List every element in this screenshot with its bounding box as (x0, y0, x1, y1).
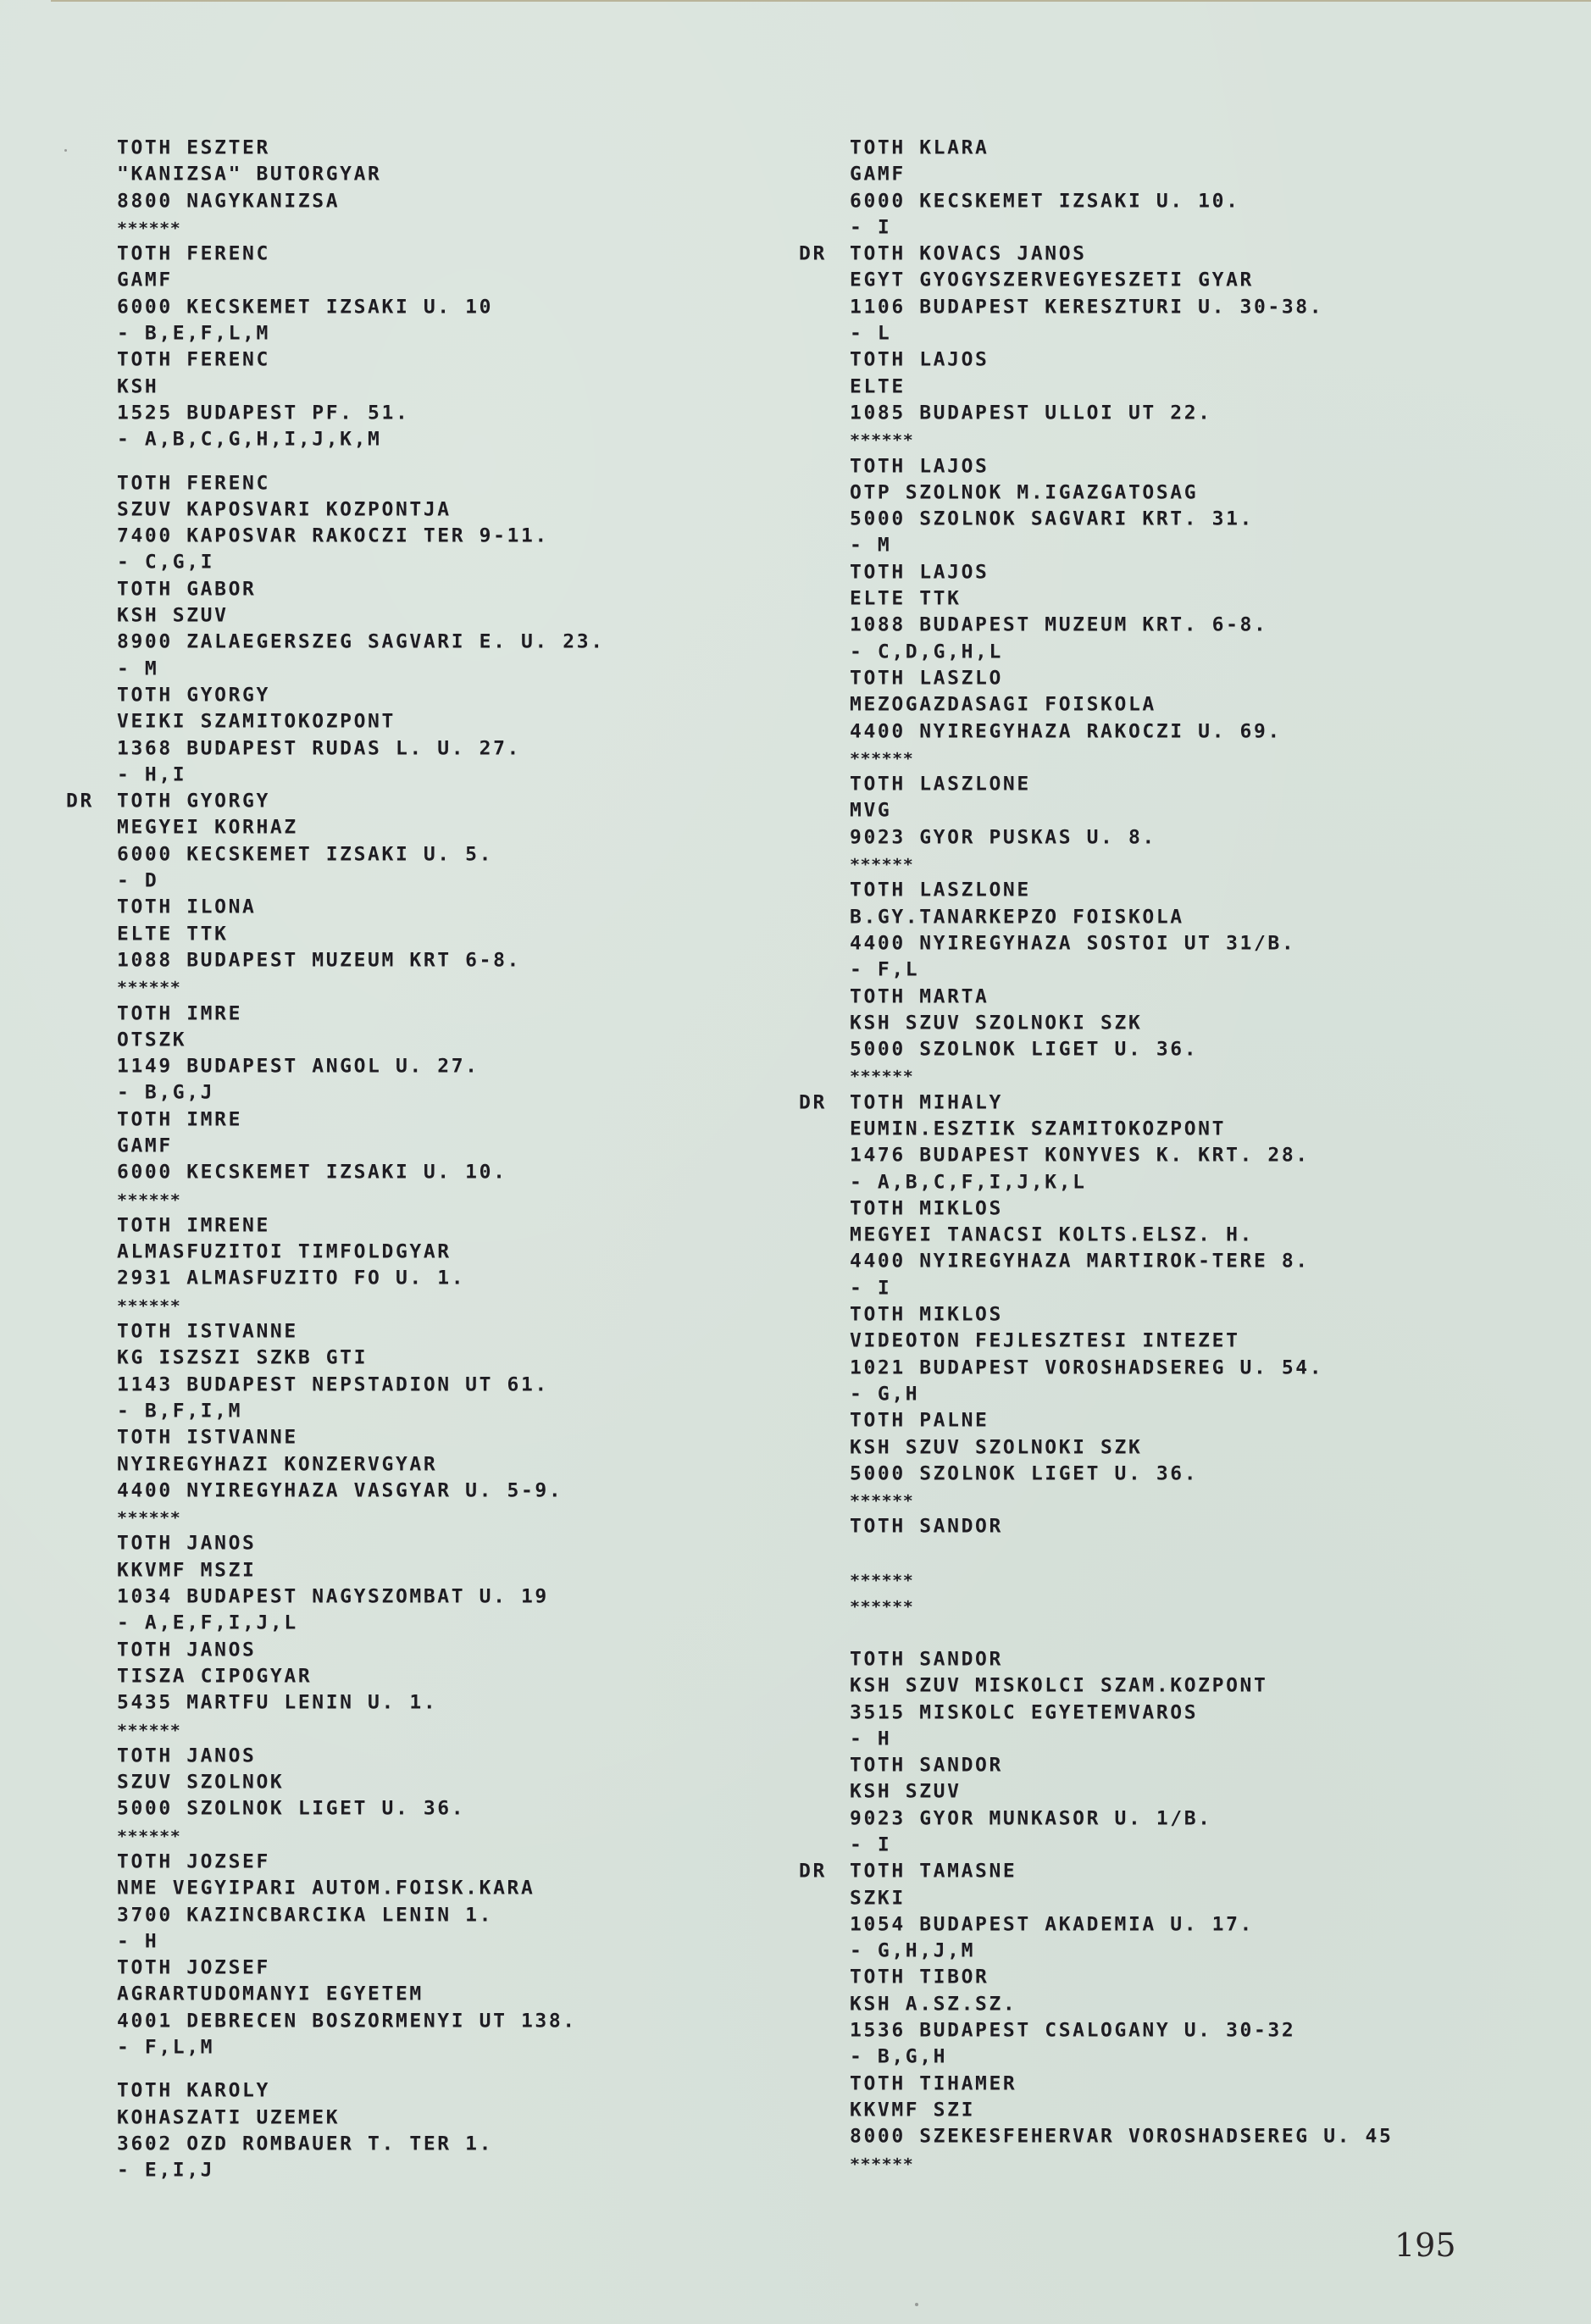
line-text: - I (850, 218, 891, 239)
line-text: TOTH MIKLOS (850, 1305, 1003, 1326)
entry-organization: GAMF (850, 163, 1393, 188)
entry-address: 1106 BUDAPEST KERESZTURI U. 30-38. (850, 296, 1393, 321)
directory-column-right: TOTH KLARAGAMF6000 KECSKEMET IZSAKI U. 1… (850, 136, 1393, 2177)
entry-name: TOTH PALNE (850, 1409, 1393, 1434)
entry-separator: ****** (850, 852, 1393, 878)
entry-address: 5000 SZOLNOK LIGET U. 36. (850, 1462, 1393, 1488)
line-text: TOTH FERENC (117, 350, 270, 371)
line-text: VIDEOTON FEJLESZTESI INTEZET (850, 1331, 1240, 1352)
line-text: 4001 DEBRECEN BOSZORMENYI UT 138. (117, 2011, 577, 2032)
line-text: TISZA CIPOGYAR (117, 1667, 312, 1688)
line-text: 1476 BUDAPEST KONYVES K. KRT. 28. (850, 1145, 1310, 1167)
line-text: - E,I,J (117, 2160, 214, 2182)
entry-address: 6000 KECSKEMET IZSAKI U. 5. (117, 843, 605, 868)
line-text: TOTH JANOS (117, 1745, 256, 1767)
entry-codes: - H,I (117, 763, 605, 789)
entry-address: 1085 BUDAPEST ULLOI UT 22. (850, 402, 1393, 427)
entry-codes: - C,G,I (117, 551, 605, 576)
line-text: "KANIZSA" BUTORGYAR (117, 164, 382, 186)
entry-name: TOTH IMRE (117, 1107, 605, 1133)
line-text: TOTH GABOR (117, 579, 256, 600)
entry-name: TOTH ILONA (117, 896, 605, 921)
line-text: TOTH SANDOR (850, 1755, 1003, 1777)
entry-organization: KSH SZUV SZOLNOKI SZK (850, 1435, 1393, 1461)
spacer (117, 454, 605, 470)
line-text: - A,B,C,G,H,I,J,K,M (117, 430, 382, 451)
line-text: 5000 SZOLNOK LIGET U. 36. (850, 1040, 1198, 1061)
line-text: ****** (117, 1720, 180, 1739)
line-text: TOTH JANOS (117, 1639, 256, 1661)
entry-name: TOTH FERENC (117, 471, 605, 496)
title-prefix: DR (799, 1860, 827, 1885)
line-text: 3602 OZD ROMBAUER T. TER 1. (117, 2134, 493, 2155)
line-text: 1143 BUDAPEST NEPSTADION UT 61. (117, 1374, 549, 1395)
spacer (117, 2062, 605, 2078)
entry-organization: SZUV SZOLNOK (117, 1771, 605, 1796)
line-text: SZUV KAPOSVARI KOZPONTJA (117, 500, 452, 521)
title-prefix: DR (799, 242, 827, 268)
line-text: SZKI (850, 1888, 906, 1909)
entry-address: 5000 SZOLNOK SAGVARI KRT. 31. (850, 508, 1393, 533)
line-text: TOTH LASZLONE (850, 880, 1031, 901)
line-text: ****** (850, 1571, 913, 1590)
line-text: 1088 BUDAPEST MUZEUM KRT 6-8. (117, 951, 521, 972)
entry-organization: MEGYEI KORHAZ (117, 816, 605, 841)
line-text: - A,E,F,I,J,L (117, 1613, 298, 1634)
entry-organization: GAMF (117, 269, 605, 294)
entry-organization: KKVMF MSZI (117, 1559, 605, 1584)
line-text: OTSZK (117, 1029, 186, 1051)
entry-codes: - B,F,I,M (117, 1400, 605, 1425)
entry-name: TOTH JOZSEF (117, 1956, 605, 1982)
line-text: TOTH LAJOS (850, 562, 989, 583)
entry-name: DRTOTH TAMASNE (850, 1860, 1393, 1885)
line-text: OTP SZOLNOK M.IGAZGATOSAG (850, 483, 1198, 504)
entry-name: TOTH KLARA (850, 136, 1393, 162)
line-text: EGYT GYOGYSZERVEGYESZETI GYAR (850, 270, 1254, 291)
entry-address: 1054 BUDAPEST AKADEMIA U. 17. (850, 1913, 1393, 1939)
entry-name: TOTH IMRE (117, 1001, 605, 1027)
title-prefix: DR (799, 1090, 827, 1116)
entry-codes: - H (850, 1728, 1393, 1753)
entry-address: 1143 BUDAPEST NEPSTADION UT 61. (117, 1373, 605, 1398)
entry-separator: ****** (850, 428, 1393, 453)
entry-name: TOTH FERENC (117, 348, 605, 374)
line-text: - B,G,J (117, 1083, 214, 1104)
line-text: 3515 MISKOLC EGYETEMVAROS (850, 1702, 1198, 1723)
line-text: TOTH MARTA (850, 986, 989, 1007)
line-text: TOTH MIKLOS (850, 1199, 1003, 1220)
entry-address: 1536 BUDAPEST CSALOGANY U. 30-32 (850, 2019, 1393, 2044)
line-text: TOTH GYORGY (117, 685, 270, 707)
entry-address: 1088 BUDAPEST MUZEUM KRT 6-8. (117, 949, 605, 974)
entry-name: TOTH LASZLONE (850, 773, 1393, 798)
line-text: 5000 SZOLNOK LIGET U. 36. (850, 1464, 1198, 1485)
line-text: TOTH GYORGY (117, 791, 270, 813)
entry-organization: KSH (117, 374, 605, 400)
line-text: - H (850, 1728, 891, 1750)
entry-organization: "KANIZSA" BUTORGYAR (117, 163, 605, 188)
entry-separator: ****** (117, 975, 605, 1001)
entry-address: 6000 KECSKEMET IZSAKI U. 10. (117, 1161, 605, 1186)
line-text: 4400 NYIREGYHAZA VASGYAR U. 5-9. (117, 1481, 563, 1502)
entry-address: 4400 NYIREGYHAZA MARTIROK-TERE 8. (850, 1250, 1393, 1275)
line-text: 6000 KECSKEMET IZSAKI U. 5. (117, 844, 493, 865)
blank-line (850, 1621, 1393, 1646)
entry-address: 9023 GYOR MUNKASOR U. 1/B. (850, 1806, 1393, 1832)
line-text: ****** (117, 219, 180, 238)
line-text: 6000 KECSKEMET IZSAKI U. 10. (117, 1162, 507, 1184)
entry-organization: ELTE (850, 374, 1393, 400)
entry-address: 7400 KAPOSVAR RAKOCZI TER 9-11. (117, 524, 605, 550)
line-text: GAMF (117, 1136, 173, 1157)
line-text: TOTH FERENC (117, 244, 270, 265)
title-prefix: DR (66, 790, 94, 815)
entry-separator: ****** (117, 1717, 605, 1743)
entry-address: 5000 SZOLNOK LIGET U. 36. (117, 1797, 605, 1822)
entry-address: 1021 BUDAPEST VOROSHADSEREG U. 54. (850, 1356, 1393, 1381)
entry-codes: - I (850, 216, 1393, 241)
line-text: TOTH SANDOR (850, 1517, 1003, 1538)
entry-organization: OTSZK (117, 1029, 605, 1054)
entry-name: TOTH ESZTER (117, 136, 605, 162)
line-text: 1021 BUDAPEST VOROSHADSEREG U. 54. (850, 1357, 1323, 1378)
line-text: 1034 BUDAPEST NAGYSZOMBAT U. 19 (117, 1587, 549, 1608)
paper-speck (64, 149, 67, 152)
entry-organization: EUMIN.ESZTIK SZAMITOKOZPONT (850, 1118, 1393, 1143)
line-text: 4400 NYIREGYHAZA MARTIROK-TERE 8. (850, 1251, 1310, 1273)
entry-name: TOTH SANDOR (850, 1754, 1393, 1779)
entry-name: TOTH TIHAMER (850, 2072, 1393, 2097)
entry-organization: ALMASFUZITOI TIMFOLDGYAR (117, 1240, 605, 1266)
entry-organization: NYIREGYHAZI KONZERVGYAR (117, 1452, 605, 1478)
entry-address: 8900 ZALAEGERSZEG SAGVARI E. U. 23. (117, 630, 605, 656)
line-text: ****** (117, 978, 180, 997)
entry-address: 4400 NYIREGYHAZA SOSTOI UT 31/B. (850, 932, 1393, 957)
entry-separator: ****** (850, 746, 1393, 772)
entry-name: TOTH LAJOS (850, 348, 1393, 374)
line-text: TOTH ESZTER (117, 138, 270, 159)
entry-organization: KSH A.SZ.SZ. (850, 1993, 1393, 2018)
line-text: TOTH IMRENE (117, 1216, 270, 1237)
line-text: KKVMF SZI (850, 2100, 975, 2122)
line-text: KKVMF MSZI (117, 1560, 256, 1581)
line-text: TOTH LAJOS (850, 456, 989, 477)
line-text: TOTH JANOS (117, 1534, 256, 1555)
entry-codes: - G,H,J,M (850, 1939, 1393, 1965)
line-text: TOTH KAROLY (117, 2081, 270, 2102)
line-text: ****** (850, 430, 913, 450)
line-text: TOTH IMRE (117, 1003, 242, 1024)
entry-codes: - B,G,J (117, 1081, 605, 1107)
line-text: - I (850, 1835, 891, 1856)
entry-separator: ****** (850, 1595, 1393, 1620)
line-text: 1536 BUDAPEST CSALOGANY U. 30-32 (850, 2021, 1295, 2042)
entry-name: TOTH LASZLONE (850, 879, 1393, 904)
entry-organization: KSH SZUV (850, 1780, 1393, 1805)
page-top-edge (51, 0, 1591, 2)
line-text: ELTE (850, 376, 906, 397)
entry-address: 4001 DEBRECEN BOSZORMENYI UT 138. (117, 2010, 605, 2035)
line-text: MVG (850, 801, 891, 822)
entry-organization: KSH SZUV (117, 604, 605, 630)
entry-codes: - L (850, 322, 1393, 347)
line-text: KSH A.SZ.SZ. (850, 1994, 1017, 2015)
line-text: KG ISZSZI SZKB GTI (117, 1348, 368, 1369)
line-text: 5000 SZOLNOK SAGVARI KRT. 31. (850, 509, 1254, 530)
line-text: TOTH JOZSEF (117, 1852, 270, 1873)
line-text: ELTE TTK (117, 923, 229, 945)
entry-name: TOTH ISTVANNE (117, 1320, 605, 1345)
line-text: 5435 MARTFU LENIN U. 1. (117, 1693, 437, 1714)
line-text: MEGYEI TANACSI KOLTS.ELSZ. H. (850, 1225, 1254, 1246)
line-text: TOTH KLARA (850, 138, 989, 159)
entry-address: 8800 NAGYKANIZSA (117, 189, 605, 214)
entry-address: 1368 BUDAPEST RUDAS L. U. 27. (117, 736, 605, 762)
page-number: 195 (1394, 2227, 1456, 2264)
line-text: - G,H,J,M (850, 1941, 975, 1962)
entry-codes: - I (850, 1833, 1393, 1859)
line-text: ****** (850, 1491, 913, 1511)
line-text: - B,E,F,L,M (117, 324, 270, 345)
line-text: 1088 BUDAPEST MUZEUM KRT. 6-8. (850, 615, 1267, 636)
entry-address: 5000 SZOLNOK LIGET U. 36. (850, 1038, 1393, 1063)
line-text: TOTH KOVACS JANOS (850, 244, 1087, 265)
entry-organization: ELTE TTK (117, 922, 605, 947)
entry-address: 3700 KAZINCBARCIKA LENIN 1. (117, 1903, 605, 1928)
entry-organization: SZUV KAPOSVARI KOZPONTJA (117, 498, 605, 524)
entry-name: DRTOTH KOVACS JANOS (850, 242, 1393, 268)
line-text: 8800 NAGYKANIZSA (117, 191, 340, 212)
line-text: 4400 NYIREGYHAZA SOSTOI UT 31/B. (850, 934, 1295, 955)
line-text: TOTH MIHALY (850, 1092, 1003, 1113)
paper-speck (915, 2303, 918, 2306)
line-text: ****** (117, 1190, 180, 1209)
entry-name: TOTH GYORGY (117, 684, 605, 709)
entry-organization: KSH SZUV MISKOLCI SZAM.KOZPONT (850, 1674, 1393, 1700)
line-text: - H (117, 1932, 158, 1953)
line-text: KSH SZUV (117, 606, 229, 627)
entry-codes: - I (850, 1277, 1393, 1302)
line-text: TOTH PALNE (850, 1411, 989, 1432)
line-text: - B,G,H (850, 2047, 947, 2068)
line-text: KSH SZUV SZOLNOKI SZK (850, 1012, 1142, 1034)
line-text: 1106 BUDAPEST KERESZTURI U. 30-38. (850, 297, 1323, 318)
entry-name: TOTH LASZLO (850, 667, 1393, 692)
entry-name: TOTH SANDOR (850, 1648, 1393, 1673)
entry-separator: ****** (850, 1568, 1393, 1594)
entry-address: 9023 GYOR PUSKAS U. 8. (850, 826, 1393, 851)
line-text: 9023 GYOR PUSKAS U. 8. (850, 827, 1156, 848)
entry-name: TOTH JANOS (117, 1638, 605, 1663)
entry-address: 8000 SZEKESFEHERVAR VOROSHADSEREG U. 45 (850, 2125, 1393, 2150)
entry-separator: ****** (850, 2151, 1393, 2177)
line-text: - H,I (117, 765, 186, 786)
entry-organization: OTP SZOLNOK M.IGAZGATOSAG (850, 481, 1393, 507)
entry-separator: ****** (850, 1064, 1393, 1090)
entry-codes: - M (850, 534, 1393, 559)
entry-codes: - B,G,H (850, 2045, 1393, 2071)
line-text: GAMF (117, 270, 173, 291)
entry-address: 1034 BUDAPEST NAGYSZOMBAT U. 19 (117, 1585, 605, 1611)
entry-organization: VEIKI SZAMITOKOZPONT (117, 710, 605, 735)
line-text: 6000 KECSKEMET IZSAKI U. 10 (117, 297, 493, 318)
line-text: GAMF (850, 164, 906, 186)
line-text: ****** (850, 2154, 913, 2173)
entry-organization: NME VEGYIPARI AUTOM.FOISK.KARA (117, 1877, 605, 1902)
line-text: NME VEGYIPARI AUTOM.FOISK.KARA (117, 1878, 535, 1900)
blank-line (850, 1542, 1393, 1567)
line-text: TOTH IMRE (117, 1109, 242, 1130)
line-text: KSH SZUV SZOLNOKI SZK (850, 1437, 1142, 1458)
line-text: TOTH LAJOS (850, 350, 989, 371)
entry-organization: KSH SZUV SZOLNOKI SZK (850, 1012, 1393, 1037)
entry-organization: GAMF (117, 1134, 605, 1160)
line-text: ****** (850, 855, 913, 874)
entry-name: TOTH ISTVANNE (117, 1426, 605, 1451)
entry-name: TOTH JANOS (117, 1532, 605, 1557)
line-text: ****** (850, 1067, 913, 1086)
entry-codes: - A,B,C,F,I,J,K,L (850, 1170, 1393, 1195)
line-text: 1054 BUDAPEST AKADEMIA U. 17. (850, 1915, 1254, 1936)
line-text: KSH (117, 376, 158, 397)
line-text: 8900 ZALAEGERSZEG SAGVARI E. U. 23. (117, 632, 605, 653)
line-text: B.GY.TANARKEPZO FOISKOLA (850, 907, 1184, 928)
line-text: TOTH ISTVANNE (117, 1428, 298, 1449)
entry-codes: - F,L (850, 958, 1393, 984)
entry-codes: - A,E,F,I,J,L (117, 1611, 605, 1637)
entry-separator: ****** (117, 1506, 605, 1531)
entry-address: 3602 OZD ROMBAUER T. TER 1. (117, 2133, 605, 2158)
entry-address: 4400 NYIREGYHAZA RAKOCZI U. 69. (850, 719, 1393, 745)
entry-organization: SZKI (850, 1886, 1393, 1911)
line-text: KSH SZUV (850, 1782, 962, 1803)
entry-address: 1476 BUDAPEST KONYVES K. KRT. 28. (850, 1144, 1393, 1169)
entry-organization: KOHASZATI UZEMEK (117, 2105, 605, 2131)
line-text: MEGYEI KORHAZ (117, 818, 298, 839)
line-text: - F,L (850, 960, 919, 981)
line-text: - B,F,I,M (117, 1401, 242, 1423)
line-text: TOTH ILONA (117, 897, 256, 918)
line-text: - L (850, 324, 891, 345)
line-text: TOTH ISTVANNE (117, 1322, 298, 1343)
entry-codes: - E,I,J (117, 2159, 605, 2184)
line-text: ALMASFUZITOI TIMFOLDGYAR (117, 1242, 452, 1263)
line-text: TOTH SANDOR (850, 1650, 1003, 1671)
entry-name: TOTH JOZSEF (117, 1850, 605, 1876)
entry-address: 1088 BUDAPEST MUZEUM KRT. 6-8. (850, 613, 1393, 639)
line-text: TOTH TAMASNE (850, 1861, 1017, 1883)
line-text: TOTH TIHAMER (850, 2073, 1017, 2094)
entry-organization: MEZOGAZDASAGI FOISKOLA (850, 693, 1393, 718)
line-text: - A,B,C,F,I,J,K,L (850, 1172, 1087, 1193)
entry-name: TOTH TIBOR (850, 1966, 1393, 1991)
line-text: 8000 SZEKESFEHERVAR VOROSHADSEREG U. 45 (850, 2127, 1393, 2148)
line-text: TOTH FERENC (117, 473, 270, 494)
line-text: ****** (117, 1508, 180, 1528)
entry-codes: - C,D,G,H,L (850, 640, 1393, 665)
entry-name: DRTOTH MIHALY (850, 1090, 1393, 1116)
entry-organization: EGYT GYOGYSZERVEGYESZETI GYAR (850, 269, 1393, 294)
line-text: ****** (117, 1295, 180, 1315)
entry-codes: - G,H (850, 1383, 1393, 1408)
entry-address: 6000 KECSKEMET IZSAKI U. 10. (850, 189, 1393, 214)
entry-name: TOTH GABOR (117, 578, 605, 603)
line-text: KOHASZATI UZEMEK (117, 2107, 340, 2128)
entry-separator: ****** (117, 216, 605, 241)
line-text: MEZOGAZDASAGI FOISKOLA (850, 695, 1156, 716)
entry-name: TOTH MIKLOS (850, 1197, 1393, 1223)
entry-address: 5435 MARTFU LENIN U. 1. (117, 1691, 605, 1717)
line-text: 9023 GYOR MUNKASOR U. 1/B. (850, 1808, 1212, 1829)
line-text: 3700 KAZINCBARCIKA LENIN 1. (117, 1905, 493, 1926)
entry-separator: ****** (850, 1489, 1393, 1514)
entry-codes: - H (117, 1930, 605, 1955)
entry-separator: ****** (117, 1294, 605, 1319)
entry-organization: MVG (850, 799, 1393, 824)
entry-codes: - F,L,M (117, 2036, 605, 2061)
line-text: 1525 BUDAPEST PF. 51. (117, 403, 409, 424)
entry-name: TOTH MIKLOS (850, 1303, 1393, 1328)
entry-codes: - B,E,F,L,M (117, 322, 605, 347)
line-text: EUMIN.ESZTIK SZAMITOKOZPONT (850, 1119, 1226, 1140)
line-text: - M (117, 658, 158, 679)
line-text: 7400 KAPOSVAR RAKOCZI TER 9-11. (117, 526, 549, 547)
entry-address: 3515 MISKOLC EGYETEMVAROS (850, 1700, 1393, 1726)
line-text: - G,H (850, 1384, 919, 1406)
entry-name: TOTH MARTA (850, 985, 1393, 1010)
entry-organization: ELTE TTK (850, 587, 1393, 613)
line-text: - D (117, 871, 158, 892)
entry-name: TOTH LAJOS (850, 454, 1393, 480)
line-text: SZUV SZOLNOK (117, 1772, 284, 1794)
line-text: ****** (117, 1826, 180, 1845)
entry-organization: VIDEOTON FEJLESZTESI INTEZET (850, 1329, 1393, 1355)
entry-organization: KG ISZSZI SZKB GTI (117, 1346, 605, 1372)
entry-address: 4400 NYIREGYHAZA VASGYAR U. 5-9. (117, 1479, 605, 1505)
line-text: 4400 NYIREGYHAZA RAKOCZI U. 69. (850, 721, 1282, 742)
line-text: 2931 ALMASFUZITO FO U. 1. (117, 1268, 465, 1290)
entry-name: TOTH FERENC (117, 242, 605, 268)
entry-address: 1525 BUDAPEST PF. 51. (117, 402, 605, 427)
line-text: 1368 BUDAPEST RUDAS L. U. 27. (117, 738, 521, 759)
line-text: TOTH LASZLONE (850, 774, 1031, 796)
entry-address: 1149 BUDAPEST ANGOL U. 27. (117, 1055, 605, 1080)
line-text: - C,D,G,H,L (850, 641, 1003, 663)
directory-column-left: TOTH ESZTER"KANIZSA" BUTORGYAR8800 NAGYK… (117, 136, 605, 2185)
line-text: - C,G,I (117, 552, 214, 574)
entry-organization: AGRARTUDOMANYI EGYETEM (117, 1983, 605, 2008)
line-text: - F,L,M (117, 2038, 214, 2059)
entry-name: TOTH IMRENE (117, 1214, 605, 1240)
entry-name: TOTH LAJOS (850, 561, 1393, 586)
line-text: ****** (850, 748, 913, 768)
entry-codes: - D (117, 869, 605, 895)
entry-name: TOTH KAROLY (117, 2079, 605, 2105)
line-text: AGRARTUDOMANYI EGYETEM (117, 1984, 424, 2005)
line-text: ELTE TTK (850, 589, 962, 610)
line-text: - M (850, 535, 891, 557)
entry-separator: ****** (117, 1187, 605, 1212)
entry-organization: KKVMF SZI (850, 2099, 1393, 2124)
line-text: 1149 BUDAPEST ANGOL U. 27. (117, 1057, 480, 1078)
entry-codes: - A,B,C,G,H,I,J,K,M (117, 428, 605, 453)
line-text: ****** (850, 1597, 913, 1617)
line-text: VEIKI SZAMITOKOZPONT (117, 712, 396, 733)
line-text: NYIREGYHAZI KONZERVGYAR (117, 1454, 437, 1475)
line-text: 1085 BUDAPEST ULLOI UT 22. (850, 403, 1212, 424)
entry-codes: - M (117, 657, 605, 682)
